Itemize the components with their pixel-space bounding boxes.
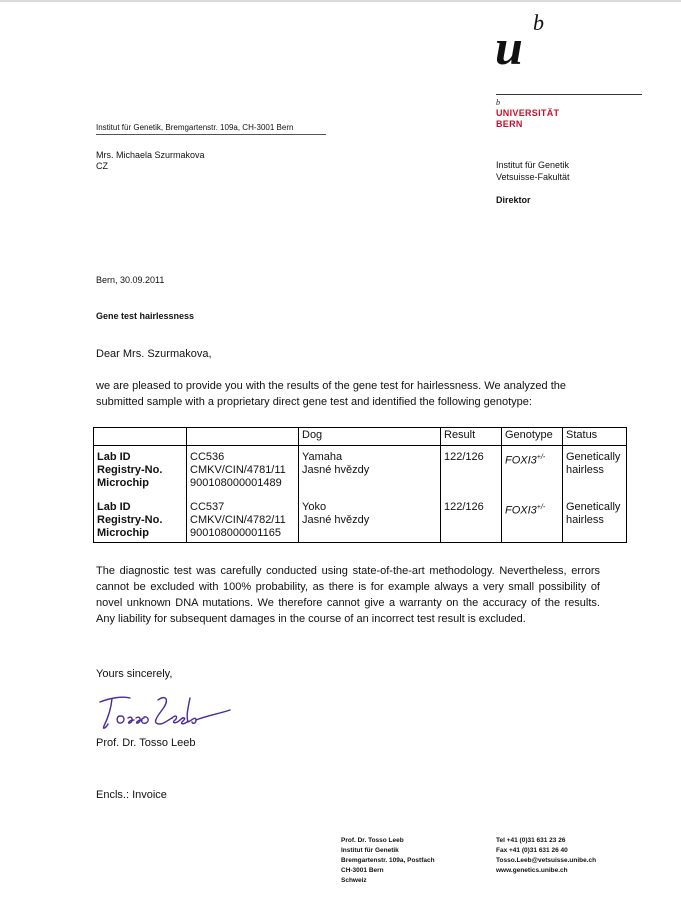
table-header-row: Dog Result Genotype Status: [94, 428, 627, 446]
footer-email[interactable]: Tosso.Leeb@vetsuisse.unibe.ch: [496, 856, 596, 866]
header-cell-empty-2: [187, 428, 299, 446]
table-row: Lab ID Registry-No. Microchip CC537 CMKV…: [94, 496, 627, 543]
header-cell-empty-1: [94, 428, 187, 446]
university-name: UNIVERSITÄT BERN: [496, 108, 559, 130]
results-table: Dog Result Genotype Status Lab ID Regist…: [93, 427, 627, 543]
genotype-cell: FOXI3+/-: [502, 496, 563, 543]
university-logo-u: u: [495, 22, 523, 72]
identifiers: CC537 CMKV/CIN/4782/11 900108000001165: [187, 496, 299, 543]
lab-id-value: CC536: [190, 451, 295, 464]
role-title: Direktor: [496, 195, 531, 205]
dog-kennel: Jasné hvězdy: [302, 464, 437, 477]
footer-fax: Fax +41 (0)31 631 26 40: [496, 846, 596, 856]
footer-address-line: Schweiz: [341, 876, 435, 886]
signer-name: Prof. Dr. Tosso Leeb: [96, 735, 195, 751]
signature-icon: [96, 690, 236, 734]
university-logo-b: b: [533, 12, 544, 34]
footer-address-line: CH-3001 Bern: [341, 866, 435, 876]
footer-address: Prof. Dr. Tosso Leeb Institut für Geneti…: [341, 836, 435, 886]
registry-no-value: CMKV/CIN/4781/11: [190, 464, 295, 477]
dog-cell: Yamaha Jasné hvězdy: [299, 446, 441, 497]
footer-address-line: Prof. Dr. Tosso Leeb: [341, 836, 435, 846]
disclaimer-paragraph: The diagnostic test was carefully conduc…: [96, 563, 600, 627]
result-cell: 122/126: [441, 496, 502, 543]
label-lab-id: Lab ID: [97, 501, 183, 514]
microchip-value: 900108000001165: [190, 527, 295, 540]
logo-divider: [496, 94, 642, 95]
genotype-gene: FOXI3: [505, 455, 537, 467]
row-labels: Lab ID Registry-No. Microchip: [94, 496, 187, 543]
status-cell: Genetically hairless: [563, 496, 627, 543]
page-top-border: [0, 0, 681, 2]
table-row: Lab ID Registry-No. Microchip CC536 CMKV…: [94, 446, 627, 497]
letter-subject: Gene test hairlessness: [96, 311, 194, 321]
footer-phone: Tel +41 (0)31 631 23 26: [496, 836, 596, 846]
department-info: Institut für Genetik Vetsuisse-Fakultät: [496, 159, 570, 183]
salutation: Dear Mrs. Szurmakova,: [96, 346, 212, 362]
dog-name: Yamaha: [302, 451, 437, 464]
recipient-address: Mrs. Michaela Szurmakova CZ: [96, 150, 205, 172]
dog-kennel: Jasné hvězdy: [302, 514, 437, 527]
row-labels: Lab ID Registry-No. Microchip: [94, 446, 187, 497]
university-logo-small-b: b: [496, 98, 500, 107]
university-name-line2: BERN: [496, 119, 559, 130]
label-lab-id: Lab ID: [97, 451, 183, 464]
recipient-name: Mrs. Michaela Szurmakova: [96, 150, 205, 161]
result-cell: 122/126: [441, 446, 502, 497]
lab-id-value: CC537: [190, 501, 295, 514]
enclosures: Encls.: Invoice: [96, 787, 167, 803]
footer-address-line: Institut für Genetik: [341, 846, 435, 856]
footer-contact: Tel +41 (0)31 631 23 26 Fax +41 (0)31 63…: [496, 836, 596, 876]
university-name-line1: UNIVERSITÄT: [496, 108, 559, 119]
letter-date: Bern, 30.09.2011: [96, 275, 164, 285]
closing-phrase: Yours sincerely,: [96, 666, 172, 682]
footer-website[interactable]: www.genetics.unibe.ch: [496, 866, 596, 876]
genotype-cell: FOXI3+/-: [502, 446, 563, 497]
faculty-line: Vetsuisse-Fakultät: [496, 171, 570, 183]
dog-name: Yoko: [302, 501, 437, 514]
footer-address-line: Bremgartenstr. 109a, Postfach: [341, 856, 435, 866]
registry-no-value: CMKV/CIN/4782/11: [190, 514, 295, 527]
label-microchip: Microchip: [97, 477, 183, 490]
intro-paragraph: we are pleased to provide you with the r…: [96, 378, 606, 410]
handwritten-signature: [96, 690, 236, 739]
status-cell: Genetically hairless: [563, 446, 627, 497]
dog-cell: Yoko Jasné hvězdy: [299, 496, 441, 543]
label-registry-no: Registry-No.: [97, 464, 183, 477]
label-registry-no: Registry-No.: [97, 514, 183, 527]
identifiers: CC536 CMKV/CIN/4781/11 900108000001489: [187, 446, 299, 497]
header-status: Status: [563, 428, 627, 446]
genotype-gene: FOXI3: [505, 505, 537, 517]
header-result: Result: [441, 428, 502, 446]
genotype-alleles: +/-: [537, 454, 545, 461]
sender-address-line: Institut für Genetik, Bremgartenstr. 109…: [96, 123, 326, 135]
label-microchip: Microchip: [97, 527, 183, 540]
header-genotype: Genotype: [502, 428, 563, 446]
genotype-alleles: +/-: [537, 504, 545, 511]
department-line: Institut für Genetik: [496, 159, 570, 171]
recipient-country: CZ: [96, 161, 205, 172]
header-dog: Dog: [299, 428, 441, 446]
microchip-value: 900108000001489: [190, 477, 295, 490]
